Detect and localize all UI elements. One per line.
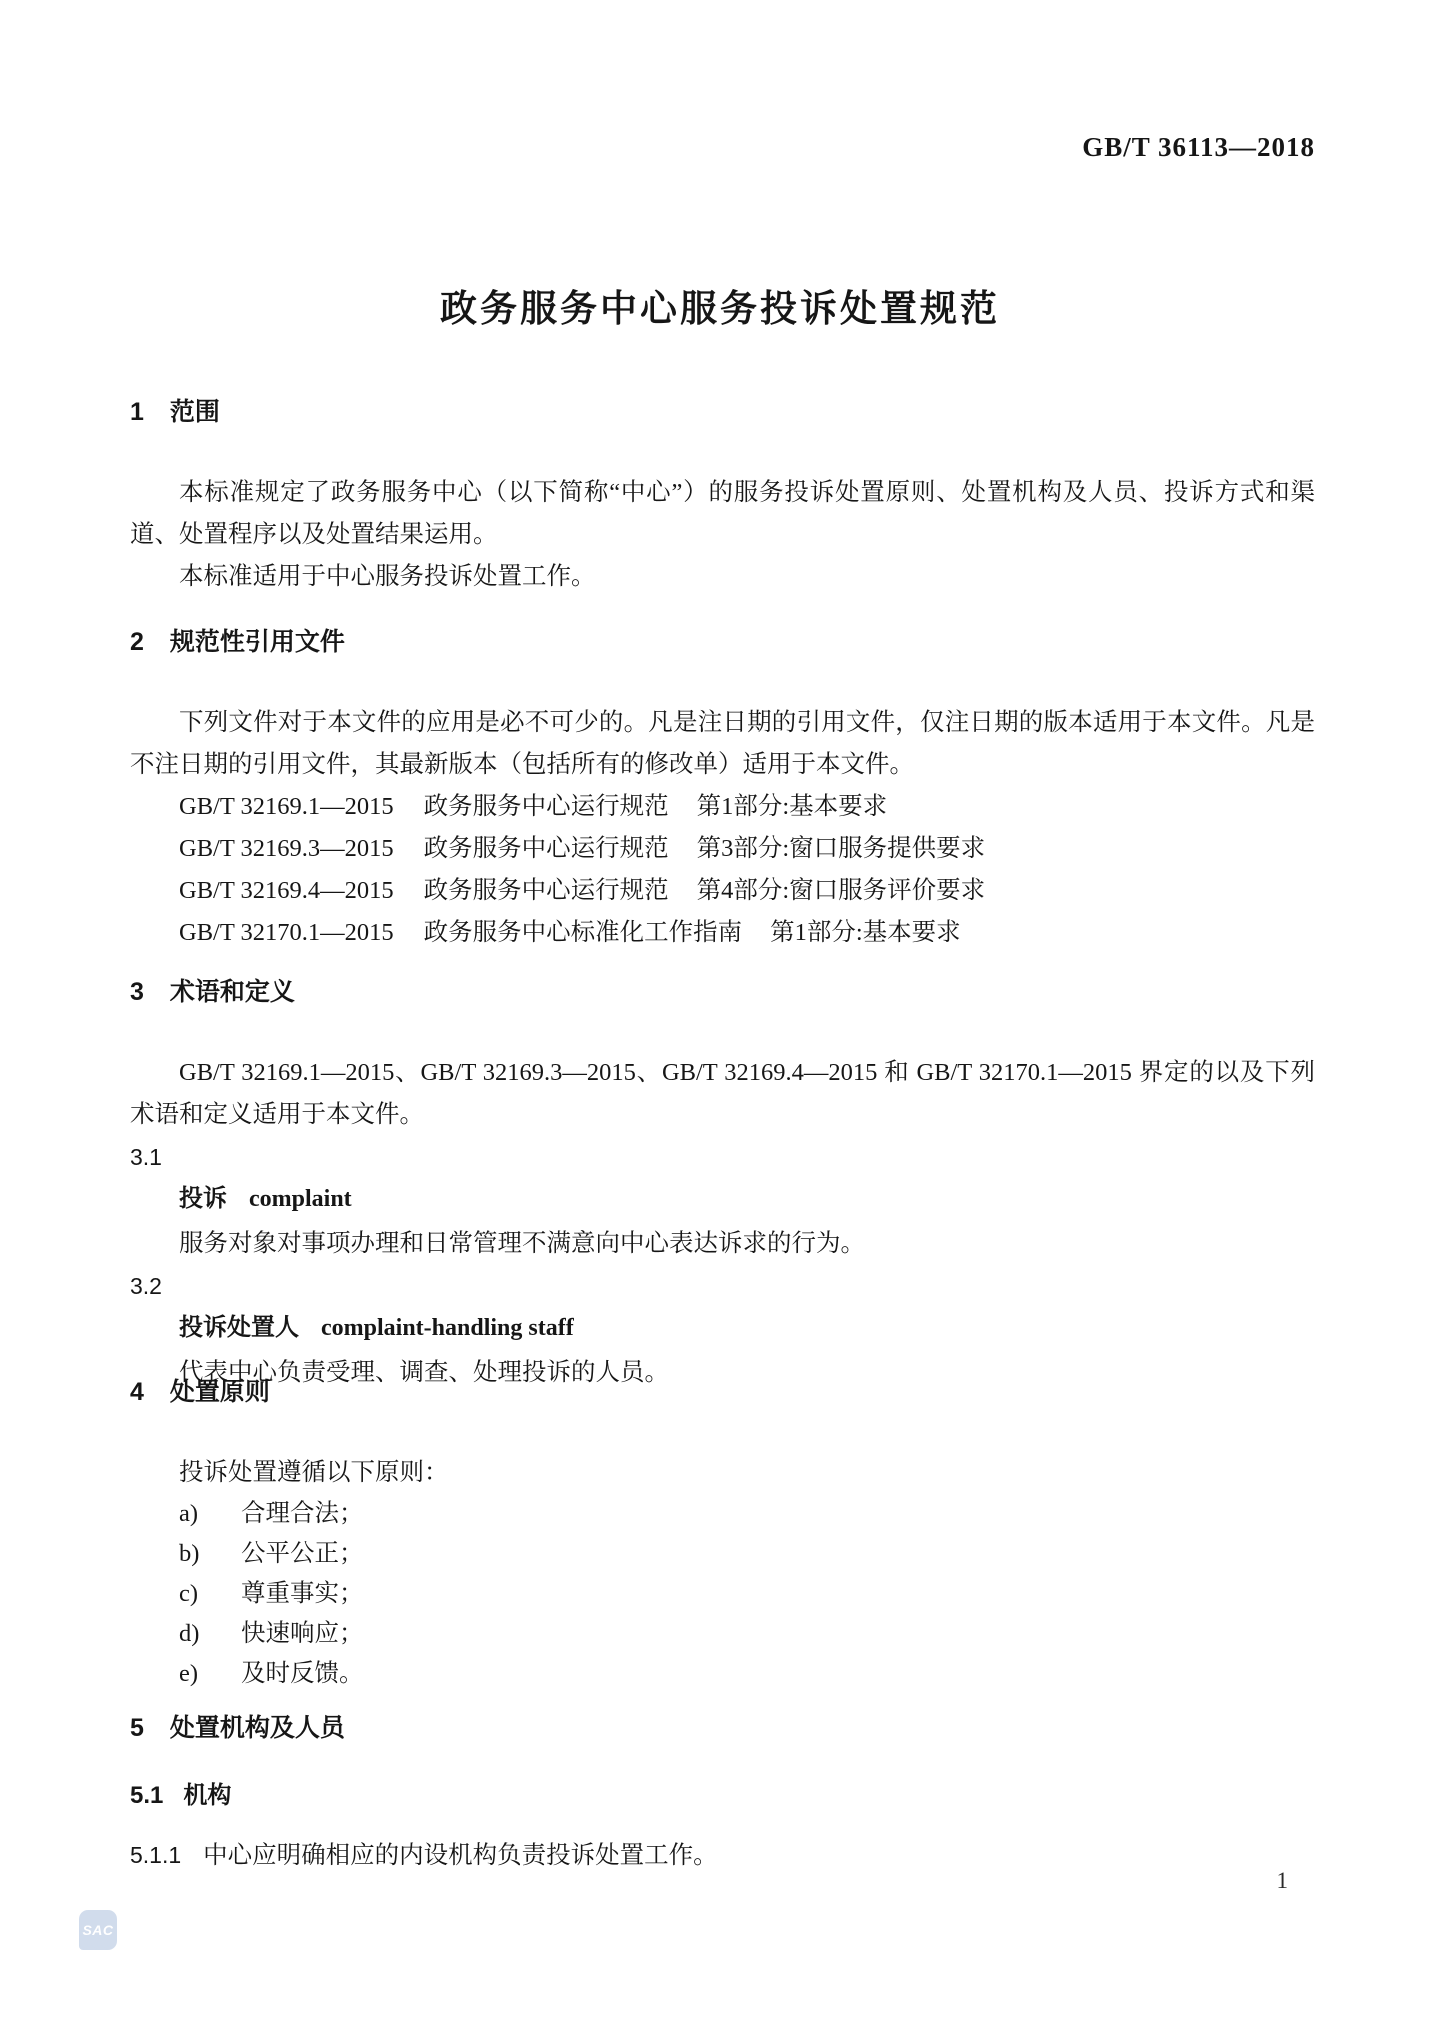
section-title: 处置机构及人员: [170, 1714, 345, 1742]
reference-part: 第3部分:窗口服务提供要求: [697, 835, 986, 862]
section-heading: 4处置原则: [130, 1376, 1315, 1408]
list-label: b): [179, 1534, 241, 1574]
section-number: 1: [130, 398, 144, 426]
list-text: 尊重事实；: [241, 1580, 364, 1607]
principle-item: d)快速响应；: [130, 1614, 1315, 1654]
principles-intro: 投诉处置遵循以下原则：: [130, 1452, 1315, 1494]
term-entry: 投诉处置人complaint-handling staff: [130, 1307, 1315, 1352]
section-scope: 1范围 本标准规定了政务服务中心（以下简称“中心”）的服务投诉处置原则、处置机构…: [130, 396, 1315, 598]
subsection-number: 5.1: [130, 1782, 163, 1809]
document-title: 政务服务中心服务投诉处置规范: [0, 278, 1440, 332]
reference-item: GB/T 32169.4—2015政务服务中心运行规范第4部分:窗口服务评价要求: [130, 870, 1315, 912]
list-text: 及时反馈。: [241, 1660, 364, 1687]
list-label: e): [179, 1654, 241, 1694]
principle-item: b)公平公正；: [130, 1534, 1315, 1574]
reference-title: 政务服务中心运行规范: [424, 877, 669, 904]
section-heading: 5处置机构及人员: [130, 1712, 1315, 1744]
clause-number: 3.2: [130, 1265, 1315, 1307]
term-zh: 投诉处置人: [179, 1314, 299, 1341]
principle-item: c)尊重事实；: [130, 1574, 1315, 1614]
section-handling-principles: 4处置原则 投诉处置遵循以下原则： a)合理合法； b)公平公正； c)尊重事实…: [130, 1376, 1315, 1694]
subsection-heading: 5.1机构: [130, 1780, 1315, 1812]
term-en: complaint-handling staff: [321, 1315, 574, 1341]
list-label: a): [179, 1494, 241, 1534]
list-text: 公平公正；: [241, 1540, 364, 1567]
reference-code: GB/T 32169.4—2015: [179, 877, 394, 904]
section-title: 范围: [170, 398, 220, 426]
terms-intro: GB/T 32169.1—2015、GB/T 32169.3—2015、GB/T…: [130, 1052, 1315, 1136]
list-text: 合理合法；: [241, 1500, 364, 1527]
clause-5-1-1: 5.1.1中心应明确相应的内设机构负责投诉处置工作。: [130, 1834, 1315, 1877]
term-en: complaint: [249, 1186, 352, 1212]
clause-number: 5.1.1: [130, 1842, 181, 1868]
list-label: c): [179, 1574, 241, 1614]
sac-logo-text: SAC: [82, 1922, 113, 1938]
section-number: 4: [130, 1378, 144, 1406]
reference-title: 政务服务中心运行规范: [424, 835, 669, 862]
reference-part: 第1部分:基本要求: [697, 793, 888, 820]
section-title: 规范性引用文件: [170, 628, 345, 656]
term-zh: 投诉: [179, 1185, 227, 1212]
principle-item: a)合理合法；: [130, 1494, 1315, 1534]
reference-code: GB/T 32169.1—2015: [179, 793, 394, 820]
reference-part: 第1部分:基本要求: [770, 919, 961, 946]
references-intro: 下列文件对于本文件的应用是必不可少的。凡是注日期的引用文件，仅注日期的版本适用于…: [130, 702, 1315, 786]
section-normative-references: 2规范性引用文件 下列文件对于本文件的应用是必不可少的。凡是注日期的引用文件，仅…: [130, 626, 1315, 954]
section-title: 处置原则: [170, 1378, 270, 1406]
page-number: 1: [1277, 1868, 1289, 1894]
reference-item: GB/T 32169.1—2015政务服务中心运行规范第1部分:基本要求: [130, 786, 1315, 828]
principle-item: e)及时反馈。: [130, 1654, 1315, 1694]
standard-number: GB/T 36113—2018: [1082, 132, 1315, 163]
section-heading: 3术语和定义: [130, 976, 1315, 1008]
document-page: GB/T 36113—2018 政务服务中心服务投诉处置规范 1范围 本标准规定…: [0, 0, 1440, 2035]
section-handling-organization: 5处置机构及人员 5.1机构 5.1.1中心应明确相应的内设机构负责投诉处置工作…: [130, 1712, 1315, 1902]
list-text: 快速响应；: [241, 1620, 364, 1647]
section-number: 2: [130, 628, 144, 656]
reference-title: 政务服务中心运行规范: [424, 793, 669, 820]
clause-text: 中心应明确相应的内设机构负责投诉处置工作。: [203, 1842, 718, 1869]
term-entry: 投诉complaint: [130, 1178, 1315, 1223]
reference-item: GB/T 32169.3—2015政务服务中心运行规范第3部分:窗口服务提供要求: [130, 828, 1315, 870]
reference-part: 第4部分:窗口服务评价要求: [697, 877, 986, 904]
term-definition: 服务对象对事项办理和日常管理不满意向中心表达诉求的行为。: [130, 1223, 1315, 1265]
section-title: 术语和定义: [170, 978, 295, 1006]
scope-paragraph-1: 本标准规定了政务服务中心（以下简称“中心”）的服务投诉处置原则、处置机构及人员、…: [130, 472, 1315, 556]
list-label: d): [179, 1614, 241, 1654]
reference-code: GB/T 32170.1—2015: [179, 919, 394, 946]
section-terms-definitions: 3术语和定义 GB/T 32169.1—2015、GB/T 32169.3—20…: [130, 976, 1315, 1394]
section-number: 3: [130, 978, 144, 1006]
section-number: 5: [130, 1714, 144, 1742]
section-heading: 1范围: [130, 396, 1315, 428]
reference-code: GB/T 32169.3—2015: [179, 835, 394, 862]
reference-title: 政务服务中心标准化工作指南: [424, 919, 743, 946]
subsection-title: 机构: [183, 1782, 231, 1809]
clause-number: 3.1: [130, 1136, 1315, 1178]
sac-watermark-logo: SAC: [79, 1910, 117, 1950]
scope-paragraph-2: 本标准适用于中心服务投诉处置工作。: [130, 556, 1315, 598]
reference-item: GB/T 32170.1—2015政务服务中心标准化工作指南第1部分:基本要求: [130, 912, 1315, 954]
section-heading: 2规范性引用文件: [130, 626, 1315, 658]
